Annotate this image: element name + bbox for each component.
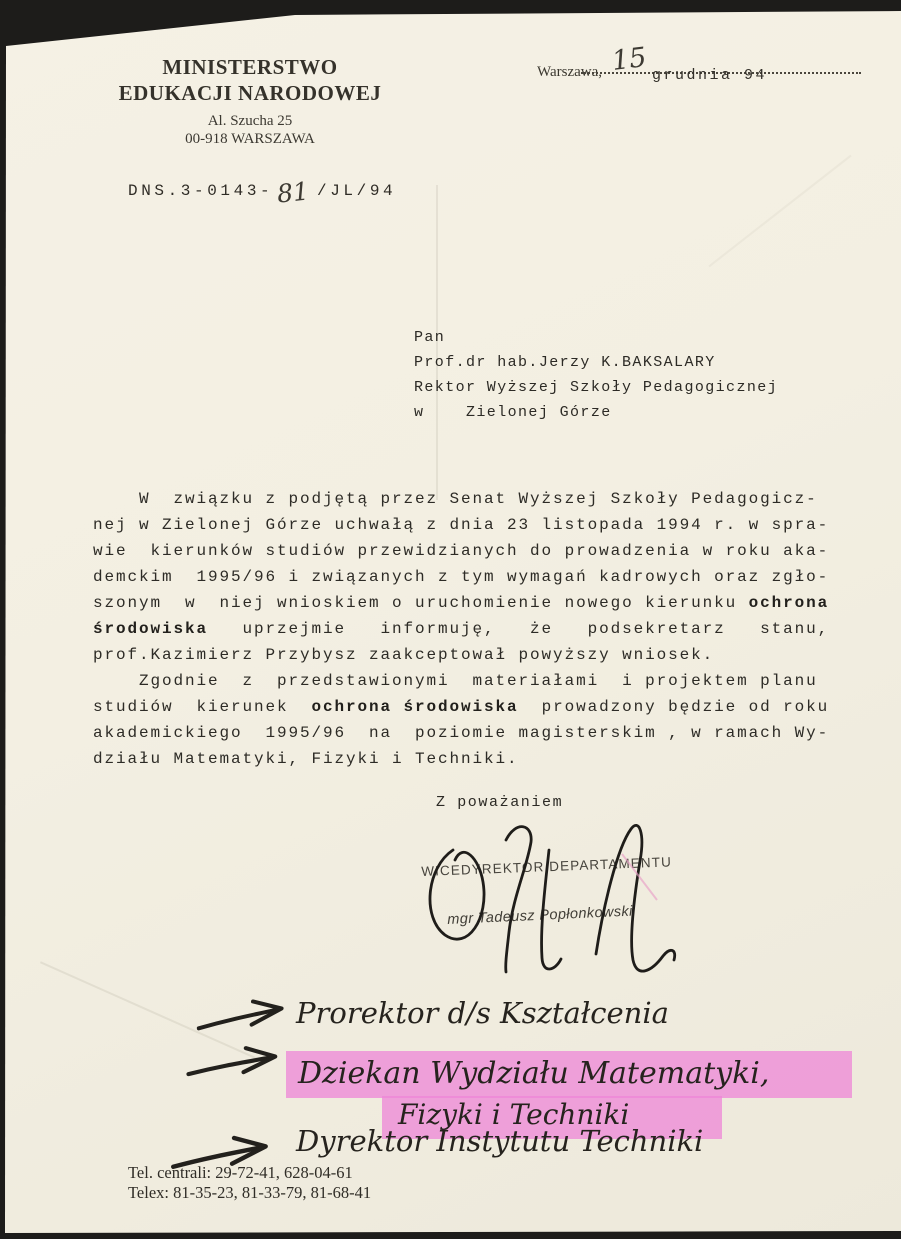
- reference-line: DNS.3-0143- 81 /JL/94: [128, 178, 396, 207]
- body-line: środowiska uprzejmie informuję, że podse…: [93, 616, 829, 642]
- reference-suffix: /JL/94: [317, 178, 396, 200]
- body-line: prof.Kazimierz Przybysz zaakceptował pow…: [93, 642, 829, 668]
- letter-body: W związku z podjętą przez Senat Wyższej …: [93, 486, 829, 772]
- body-line: działu Matematyki, Fizyki i Techniki.: [93, 746, 829, 772]
- footer-telephone: Tel. centrali: 29-72-41, 628-04-61: [128, 1163, 371, 1183]
- signature-ink: [420, 812, 690, 992]
- recipient-block: Pan Prof.dr hab.Jerzy K.BAKSALARY Rektor…: [414, 325, 778, 425]
- recipient-city: w Zielonej Górze: [414, 400, 778, 425]
- typed-date: grudnia 94: [652, 67, 767, 84]
- annotation-dziekan: Dziekan Wydziału Matematyki,: [298, 1056, 769, 1091]
- body-line: akademickiego 1995/96 na poziomie magist…: [93, 720, 829, 746]
- arrow-icon: [185, 1042, 290, 1084]
- footer-telex: Telex: 81-35-23, 81-33-79, 81-68-41: [128, 1183, 371, 1203]
- letterhead: MINISTERSTWO EDUKACJI NARODOWEJ Al. Szuc…: [112, 54, 388, 148]
- recipient-name: Prof.dr hab.Jerzy K.BAKSALARY: [414, 350, 778, 375]
- body-line: W związku z podjętą przez Senat Wyższej …: [93, 486, 829, 512]
- reference-prefix: DNS.3-0143-: [128, 178, 273, 200]
- ministry-name-line1: MINISTERSTWO: [112, 54, 388, 80]
- body-line: Zgodnie z przedstawionymi materiałami i …: [93, 668, 829, 694]
- recipient-salutation: Pan: [414, 325, 778, 350]
- reference-handwritten-number: 81: [276, 176, 311, 208]
- body-line: szonym w niej wnioskiem o uruchomienie n…: [93, 590, 829, 616]
- body-line: nej w Zielonej Górze uchwałą z dnia 23 l…: [93, 512, 829, 538]
- body-line: wie kierunków studiów przewidzianych do …: [93, 538, 829, 564]
- annotation-prorektor: Prorektor d/s Kształcenia: [296, 996, 669, 1030]
- body-line: studiów kierunek ochrona środowiska prow…: [93, 694, 829, 720]
- recipient-title: Rektor Wyższej Szkoły Pedagogicznej: [414, 375, 778, 400]
- arrow-icon: [195, 995, 297, 1038]
- body-line: demckim 1995/96 i związanych z tym wymag…: [93, 564, 829, 590]
- ministry-city: 00-918 WARSZAWA: [112, 130, 388, 148]
- annotation-dyrektor: Dyrektor Instytutu Techniki: [296, 1124, 703, 1158]
- closing-salutation: Z poważaniem: [436, 794, 563, 811]
- ministry-street: Al. Szucha 25: [112, 112, 388, 130]
- scanned-letter: MINISTERSTWO EDUKACJI NARODOWEJ Al. Szuc…: [0, 0, 901, 1239]
- handwritten-day: 15: [610, 42, 648, 77]
- ministry-name-line2: EDUKACJI NARODOWEJ: [112, 80, 388, 106]
- footer-contact: Tel. centrali: 29-72-41, 628-04-61 Telex…: [128, 1163, 371, 1203]
